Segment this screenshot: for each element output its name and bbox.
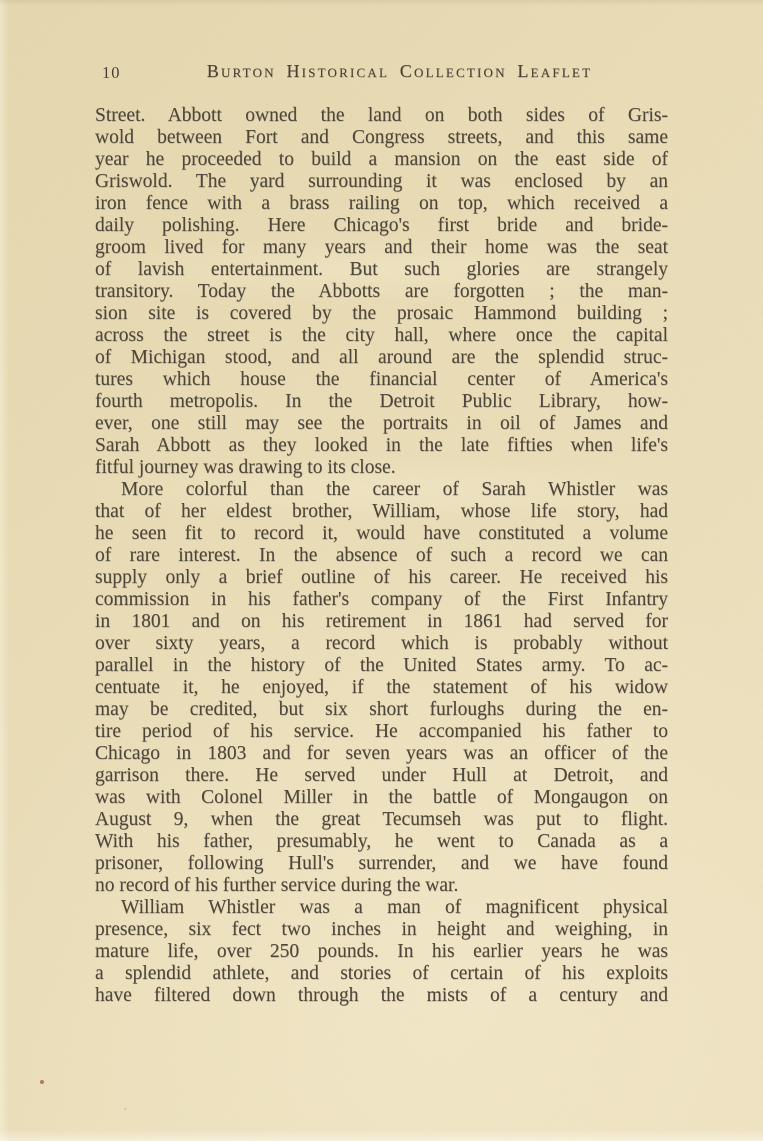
text-line: fourth metropolis. In the Detroit Public… [95, 391, 668, 413]
text-line: William Whistler was a man of magnificen… [95, 897, 668, 919]
scan-edge-left [0, 0, 9, 1141]
text-line: iron fence with a brass railing on top, … [95, 193, 668, 215]
paragraph: William Whistler was a man of magnificen… [95, 897, 668, 1007]
text-line: of rare interest. In the absence of such… [95, 545, 668, 567]
text-line: Griswold. The yard surrounding it was en… [95, 171, 668, 193]
text-line: centuate it, he enjoyed, if the statemen… [95, 677, 668, 699]
paragraph: More colorful than the career of Sarah W… [95, 479, 668, 897]
running-header: 10 Burton Historical Collection Leaflet [95, 61, 668, 83]
text-line: was with Colonel Miller in the battle of… [95, 787, 668, 809]
text-line: Sarah Abbott as they looked in the late … [95, 435, 668, 457]
text-line: prisoner, following Hull's surrender, an… [95, 853, 668, 875]
text-line: that of her eldest brother, William, who… [95, 501, 668, 523]
text-line: August 9, when the great Tecumseh was pu… [95, 809, 668, 831]
text-line: commission in his father's company of th… [95, 589, 668, 611]
text-line: presence, six fect two inches in height … [95, 919, 668, 941]
text-line: over sixty years, a record which is prob… [95, 633, 668, 655]
text-line: transitory. Today the Abbotts are forgot… [95, 281, 668, 303]
text-line: mature life, over 250 pounds. In his ear… [95, 941, 668, 963]
text-line: no record of his further service during … [95, 875, 668, 897]
text-line: he seen fit to record it, would have con… [95, 523, 668, 545]
text-line: Chicago in 1803 and for seven years was … [95, 743, 668, 765]
text-line: Street. Abbott owned the land on both si… [95, 105, 668, 127]
text-line: ever, one still may see the portraits in… [95, 413, 668, 435]
text-line: of Michigan stood, and all around are th… [95, 347, 668, 369]
scanned-page: 10 Burton Historical Collection Leaflet … [0, 0, 763, 1141]
text-line: sion site is covered by the prosaic Hamm… [95, 303, 668, 325]
text-line: tures which house the financial center o… [95, 369, 668, 391]
text-line: have filtered down through the mists of … [95, 985, 668, 1007]
text-line: supply only a brief outline of his caree… [95, 567, 668, 589]
text-line: may be credited, but six short furloughs… [95, 699, 668, 721]
body-text: Street. Abbott owned the land on both si… [95, 105, 668, 1007]
scan-edge-top [0, 0, 763, 6]
text-line: a splendid athlete, and stories of certa… [95, 963, 668, 985]
text-line: in 1801 and on his retirement in 1861 ha… [95, 611, 668, 633]
text-line: groom lived for many years and their hom… [95, 237, 668, 259]
text-line: wold between Fort and Congress streets, … [95, 127, 668, 149]
text-line: across the street is the city hall, wher… [95, 325, 668, 347]
running-head-title: Burton Historical Collection Leaflet [113, 61, 686, 82]
text-line: With his father, presumably, he went to … [95, 831, 668, 853]
text-line: daily polishing. Here Chicago's first br… [95, 215, 668, 237]
paper-speck [124, 1108, 126, 1110]
text-line: parallel in the history of the United St… [95, 655, 668, 677]
paragraph: Street. Abbott owned the land on both si… [95, 105, 668, 479]
text-line: year he proceeded to build a mansion on … [95, 149, 668, 171]
text-line: tire period of his service. He accompani… [95, 721, 668, 743]
text-line: fitful journey was drawing to its close. [95, 457, 668, 479]
text-line: garrison there. He served under Hull at … [95, 765, 668, 787]
text-line: More colorful than the career of Sarah W… [95, 479, 668, 501]
text-line: of lavish entertainment. But such glorie… [95, 259, 668, 281]
scan-edge-bottom [0, 1130, 763, 1141]
paper-speck [40, 1080, 44, 1084]
